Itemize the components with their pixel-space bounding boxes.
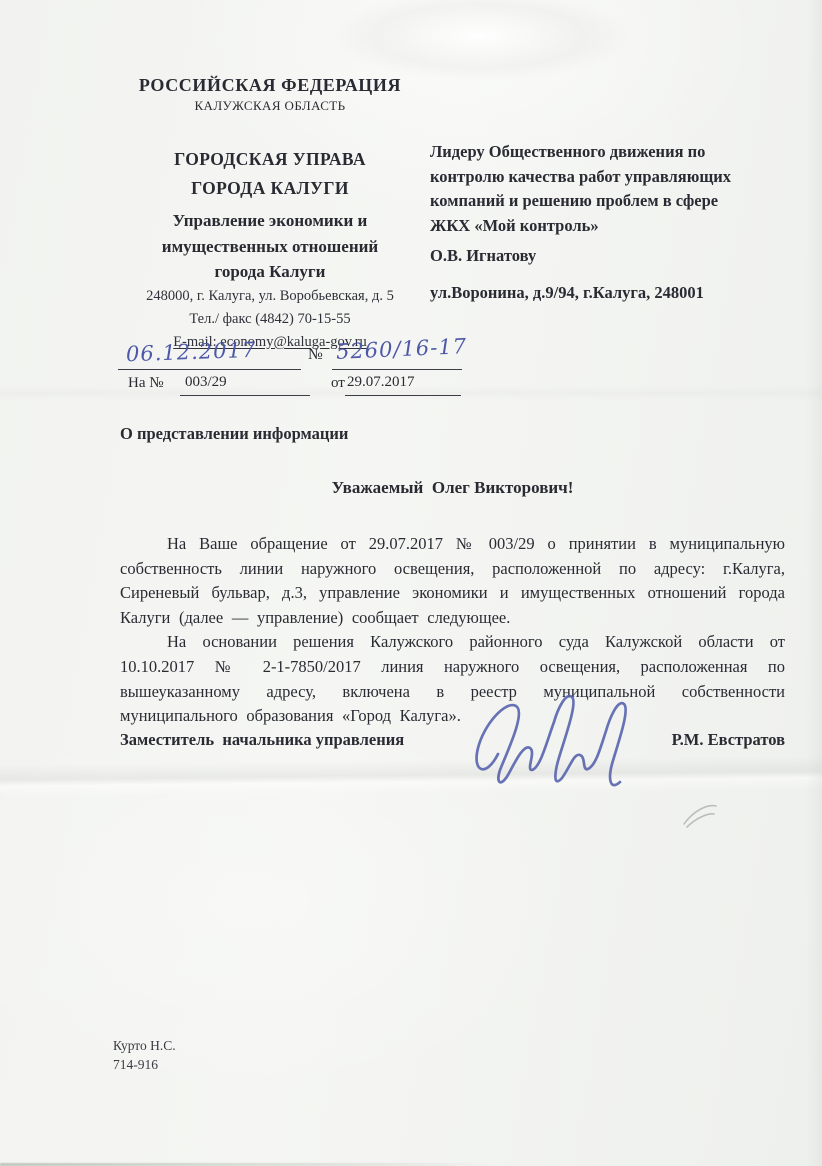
executor-block: Курто Н.С. 714-916: [113, 1036, 176, 1074]
letterhead: РОССИЙСКАЯ ФЕДЕРАЦИЯ КАЛУЖСКАЯ ОБЛАСТЬ Г…: [95, 74, 445, 354]
outgoing-date-handwritten: 06.12.2017: [126, 338, 257, 367]
addressee-line: ЖКХ «Мой контроль»: [430, 214, 790, 239]
reply-to-number: 003/29: [185, 374, 227, 391]
reply-to-label: На №: [128, 375, 164, 392]
addressee-line: контролю качества работ управляющих: [430, 165, 790, 190]
reference-block: 06.12.2017 № 5260/16-17 На № 003/29 от 2…: [118, 338, 468, 400]
body-paragraph-1: На Ваше обращение от 29.07.2017 № 003/29…: [120, 532, 785, 630]
letterhead-region: КАЛУЖСКАЯ ОБЛАСТЬ: [95, 98, 445, 114]
from-label: от: [331, 375, 345, 392]
org-name-line: ГОРОДА КАЛУГИ: [95, 174, 445, 203]
addressee-line: компаний и решению проблем в сфере: [430, 189, 790, 214]
executor-phone: 714-916: [113, 1055, 176, 1074]
body-paragraph-2: На основании решения Калужского районног…: [120, 630, 785, 728]
letterhead-country: РОССИЙСКАЯ ФЕДЕРАЦИЯ: [95, 74, 445, 96]
addressee-address: ул.Воронина, д.9/94, г.Калуга, 248001: [430, 281, 790, 306]
scanned-letter-page: РОССИЙСКАЯ ФЕДЕРАЦИЯ КАЛУЖСКАЯ ОБЛАСТЬ Г…: [0, 0, 822, 1166]
signoff-name: Р.М. Евстратов: [672, 730, 785, 750]
paper-fold-line: [0, 756, 822, 799]
number-underline: [332, 369, 462, 370]
addressee-name: О.В. Игнатову: [430, 244, 790, 269]
salutation: Уважаемый Олег Викторович!: [120, 478, 785, 498]
org-phone: Тел./ факс (4842) 70-15-55: [95, 308, 445, 331]
letter-body: На Ваше обращение от 29.07.2017 № 003/29…: [120, 532, 785, 729]
org-name-line: ГОРОДСКАЯ УПРАВА: [95, 145, 445, 174]
letterhead-organization: ГОРОДСКАЯ УПРАВА ГОРОДА КАЛУГИ: [95, 145, 445, 202]
reply-date-underline: [345, 395, 461, 396]
subject-line: О представлении информации: [120, 424, 348, 444]
department-line: города Калуги: [95, 259, 445, 285]
department-line: Управление экономики и: [95, 208, 445, 234]
outgoing-number-handwritten: 5260/16-17: [336, 334, 468, 364]
org-postal-address: 248000, г. Калуга, ул. Воробьевская, д. …: [95, 285, 445, 308]
addressee-block: Лидеру Общественного движения по контрол…: [430, 140, 790, 305]
signoff-position: Заместитель начальника управления: [120, 730, 404, 750]
executor-name: Курто Н.С.: [113, 1036, 176, 1055]
addressee-line: Лидеру Общественного движения по: [430, 140, 790, 165]
reply-number-underline: [180, 395, 310, 396]
department-line: имущественных отношений: [95, 234, 445, 260]
letterhead-department: Управление экономики и имущественных отн…: [95, 208, 445, 285]
reply-date: 29.07.2017: [347, 374, 415, 391]
pencil-mark: [678, 796, 726, 832]
date-underline: [118, 369, 301, 370]
scan-edge-right: [806, 0, 822, 1166]
signoff-row: Заместитель начальника управления Р.М. Е…: [120, 730, 785, 750]
number-sign: №: [308, 346, 323, 364]
